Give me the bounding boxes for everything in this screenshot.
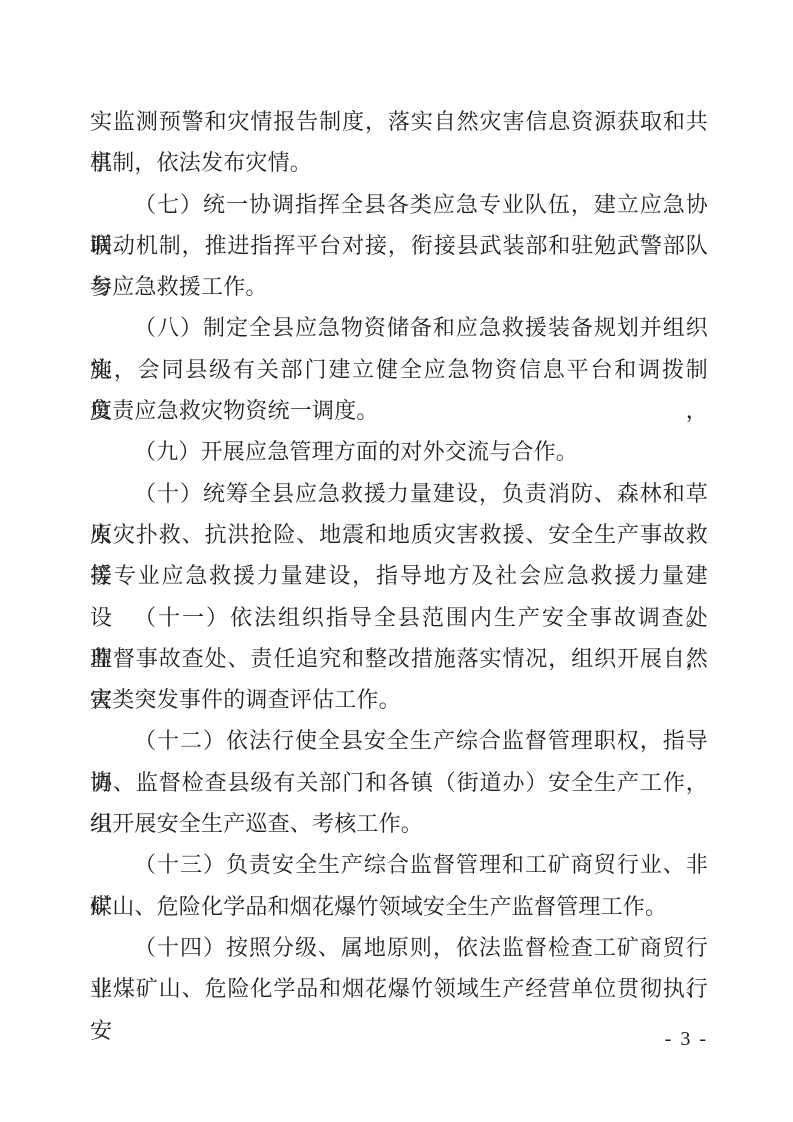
text-line: 调、监督检查县级有关部门和各镇（街道办）安全生产工作，组: [90, 762, 708, 803]
page-number: - 3 -: [0, 1028, 708, 1051]
document-body: 实监测预警和灾情报告制度，落实自然灾害信息资源获取和共享 机制，依法发布灾情。 …: [90, 101, 708, 1010]
text-line: 与应急救援工作。: [90, 266, 708, 307]
text-line: （九）开展应急管理方面的对外交流与合作。: [90, 431, 708, 472]
text-line: 施，会同县级有关部门建立健全应急物资信息平台和调拨制度，: [90, 349, 708, 390]
text-line: （七）统一协调指挥全县各类应急专业队伍，建立应急协调: [90, 184, 708, 225]
text-line: （十）统筹全县应急救援力量建设，负责消防、森林和草原: [90, 473, 708, 514]
text-line: （十三）负责安全生产综合监督管理和工矿商贸行业、非煤: [90, 844, 708, 885]
text-line: （十二）依法行使全县安全生产综合监督管理职权，指导协: [90, 720, 708, 761]
text-line: 实监测预警和灾情报告制度，落实自然灾害信息资源获取和共享: [90, 101, 708, 142]
text-line: 监督事故查处、责任追究和整改措施落实情况，组织开展自然灾: [90, 638, 708, 679]
text-line: 矿山、危险化学品和烟花爆竹领域安全生产监督管理工作。: [90, 886, 708, 927]
text-line: （八）制定全县应急物资储备和应急救援装备规划并组织实: [90, 307, 708, 348]
text-line: 联动机制，推进指挥平台对接，衔接县武装部和驻勉武警部队参: [90, 225, 708, 266]
text-line: 火灾扑救、抗洪抢险、地震和地质灾害救援、安全生产事故救援: [90, 514, 708, 555]
document-page: 实监测预警和灾情报告制度，落实自然灾害信息资源获取和共享 机制，依法发布灾情。 …: [0, 0, 793, 1122]
text-line: 非煤矿山、危险化学品和烟花爆竹领域生产经营单位贯彻执行安: [90, 968, 708, 1009]
text-line: 害类突发事件的调查评估工作。: [90, 679, 708, 720]
text-line: 等专业应急救援力量建设，指导地方及社会应急救援力量建设。: [90, 555, 708, 596]
text-line: 机制，依法发布灾情。: [90, 142, 708, 183]
text-line: 织开展安全生产巡查、考核工作。: [90, 803, 708, 844]
text-line: （十四）按照分级、属地原则，依法监督检查工矿商贸行业、: [90, 927, 708, 968]
text-line: （十一）依法组织指导全县范围内生产安全事故调查处理，: [90, 597, 708, 638]
